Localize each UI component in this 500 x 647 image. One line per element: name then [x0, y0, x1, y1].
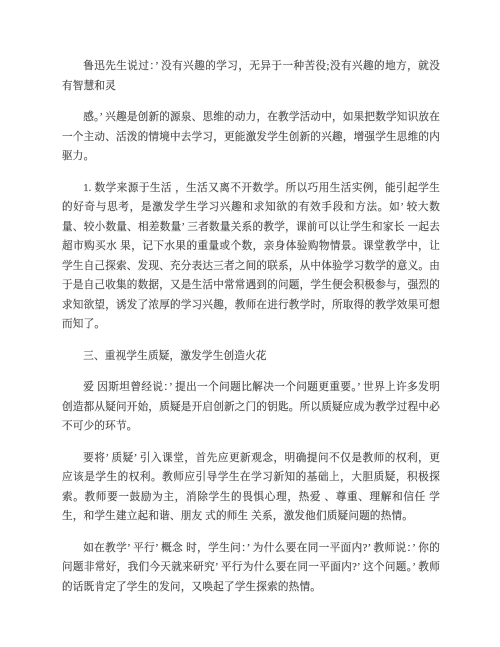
- paragraph-einstein-quote: 爱 因斯坦曾经说：’ 提出一个问题比解决一个问题更重要。’ 世界上许多发明创造都…: [62, 378, 440, 437]
- paragraph-math-from-life: 1. 数学来源于生活 ，生活又离不开数学。所以巧用生活实例，能引起学生的好奇与思…: [62, 179, 440, 335]
- document-content: 鲁迅先生说过：’ 没有兴趣的学习，无异于一种苦役;没有兴趣的地方，就没有智慧和灵…: [62, 57, 440, 609]
- section-heading-question-spark: 三、重视学生质疑，激发学生创造火花: [62, 347, 440, 367]
- paragraph-questioning-in-class: 要将’ 质疑’ 引入课堂，首先应更新观念，明确提问不仅是教师的权利，更应该是学生…: [62, 449, 440, 527]
- document-page: 鲁迅先生说过：’ 没有兴趣的学习，无异于一种苦役;没有兴趣的地方，就没有智慧和灵…: [0, 0, 500, 647]
- paragraph-parallel-example: 如在教学’ 平行’ 概念 时，学生问：’ 为什么要在同一平面内?’ 教师说：’ …: [62, 539, 440, 598]
- paragraph-interest-motivation: 感。’ 兴趣是创新的源泉、思维的动力，在教学活动中，如果把数学知识放在一个主动、…: [62, 108, 440, 167]
- paragraph-intro-quote: 鲁迅先生说过：’ 没有兴趣的学习，无异于一种苦役;没有兴趣的地方，就没有智慧和灵: [62, 57, 440, 96]
